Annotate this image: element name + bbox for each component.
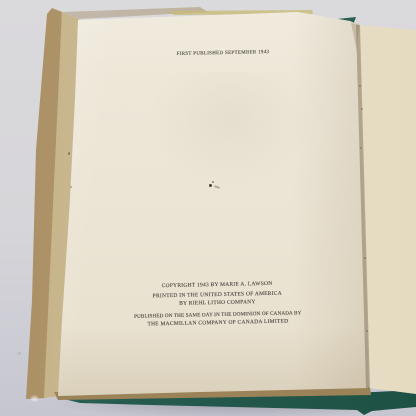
center-ink-speck — [207, 180, 223, 192]
paper-speck — [70, 186, 72, 188]
ink-dot-small — [212, 181, 214, 183]
paper-speck — [68, 152, 70, 155]
paper-speck — [18, 352, 21, 355]
stitch-hole — [359, 85, 361, 87]
stitch-hole — [366, 330, 368, 332]
stitch-hole — [364, 257, 366, 259]
ink-dot — [209, 184, 212, 187]
book-photo: FIRST PUBLISHED SEPTEMBER 1943 COPYRIGHT… — [0, 0, 416, 416]
stitch-hole — [361, 108, 363, 110]
copyright-block: COPYRIGHT 1943 BY MARIE A. LAWSON PRINTE… — [110, 279, 326, 330]
paper-speck — [360, 147, 362, 149]
ink-smudge-tail — [214, 185, 220, 189]
page-ghosting — [148, 72, 313, 187]
jacket-corner-highlight — [31, 396, 38, 401]
